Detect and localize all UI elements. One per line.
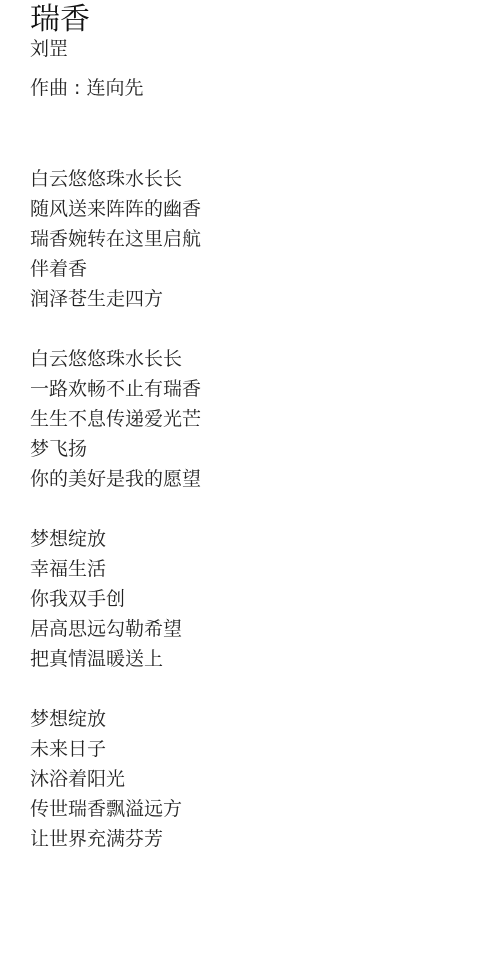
lyric-line: 未来日子	[30, 734, 470, 764]
stanza-2: 白云悠悠珠水长长 一路欢畅不止有瑞香 生生不息传递爱光芒 梦飞扬 你的美好是我的…	[30, 344, 470, 494]
lyric-line: 伴着香	[30, 254, 470, 284]
lyric-line: 白云悠悠珠水长长	[30, 164, 470, 194]
lyric-line: 梦飞扬	[30, 434, 470, 464]
lyric-line: 居高思远勾勒希望	[30, 614, 470, 644]
stanza-3: 梦想绽放 幸福生活 你我双手创 居高思远勾勒希望 把真情温暖送上	[30, 524, 470, 674]
lyric-line: 一路欢畅不止有瑞香	[30, 374, 470, 404]
lyric-line: 沐浴着阳光	[30, 764, 470, 794]
stanza-4: 梦想绽放 未来日子 沐浴着阳光 传世瑞香飘溢远方 让世界充满芬芳	[30, 704, 470, 854]
lyric-line: 梦想绽放	[30, 524, 470, 554]
lyric-line: 润泽苍生走四方	[30, 284, 470, 314]
lyric-line: 梦想绽放	[30, 704, 470, 734]
lyric-line: 传世瑞香飘溢远方	[30, 794, 470, 824]
composer-credit: 作曲 : 连向先	[30, 74, 470, 102]
lyrics-page: 瑞香 刘罡 作曲 : 连向先 白云悠悠珠水长长 随风送来阵阵的幽香 瑞香婉转在这…	[30, 0, 470, 884]
song-title: 瑞香	[30, 1, 470, 39]
lyric-line: 让世界充满芬芳	[30, 824, 470, 854]
lyric-line: 你的美好是我的愿望	[30, 464, 470, 494]
lyric-line: 幸福生活	[30, 554, 470, 584]
stanza-1: 白云悠悠珠水长长 随风送来阵阵的幽香 瑞香婉转在这里启航 伴着香 润泽苍生走四方	[30, 164, 470, 314]
lyric-line: 瑞香婉转在这里启航	[30, 224, 470, 254]
lyric-line: 把真情温暖送上	[30, 644, 470, 674]
lyric-line: 你我双手创	[30, 584, 470, 614]
lyric-line: 随风送来阵阵的幽香	[30, 194, 470, 224]
song-artist: 刘罡	[30, 35, 470, 63]
lyric-line: 白云悠悠珠水长长	[30, 344, 470, 374]
lyric-line: 生生不息传递爱光芒	[30, 404, 470, 434]
lyrics-body: 白云悠悠珠水长长 随风送来阵阵的幽香 瑞香婉转在这里启航 伴着香 润泽苍生走四方…	[30, 164, 470, 854]
